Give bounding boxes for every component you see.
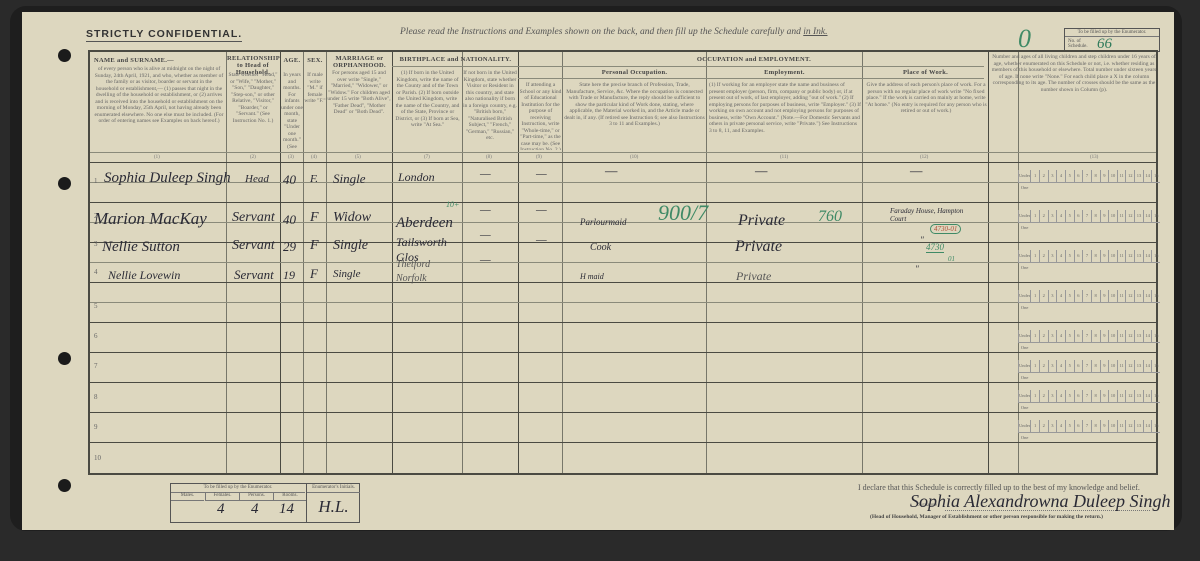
schedule-box-title: To be filled up by the Enumerator. — [1065, 29, 1159, 37]
col-number: (3) — [288, 155, 294, 160]
col-nationality-instructions: If not born in the United Kingdom, state… — [463, 70, 517, 150]
col-name-instructions: of every person who is alive at midnight… — [94, 66, 224, 150]
enumerator-initials-box: Enumerator's Initials. H.L. — [306, 484, 360, 522]
row-number: 6 — [94, 332, 98, 340]
sex: F — [310, 238, 319, 254]
age-grid-row: Under One123456789101112131415 — [1018, 170, 1160, 183]
relationship: Servant — [232, 238, 275, 254]
education: — — [536, 202, 547, 217]
col-education-instructions: If attending a School or any kind of Edu… — [519, 82, 562, 150]
instructions-line: Please read the Instructions and Example… — [400, 27, 828, 37]
age-code-annotation: 10+ — [446, 200, 459, 209]
marital-status: Widow — [333, 210, 371, 226]
females-count: 4 — [217, 501, 225, 518]
col-marriage-instructions: For persons aged 15 and over write "Sing… — [327, 70, 391, 150]
education: — — [536, 166, 547, 181]
nationality: — — [480, 227, 491, 242]
rooms-count: 14 — [279, 501, 294, 518]
occupation-code-annotation: 900/7 — [658, 200, 708, 226]
marital-status: Single — [333, 171, 366, 187]
col-place-of-work-title: Place of Work. — [863, 69, 988, 76]
age-grid-row: Under One123456789101112131415 — [1018, 250, 1160, 263]
punch-hole — [58, 49, 71, 62]
col-birthplace-instructions: (1) If born in the United Kingdom, write… — [394, 70, 461, 150]
birthplace: London — [398, 170, 435, 185]
employment: — — [755, 164, 767, 180]
col-name-title: NAME and SURNAME.— — [94, 57, 224, 64]
schedule-no-label: No. of Schedule. — [1068, 39, 1088, 49]
children-age-grid: Under One123456789101112131415 Under One… — [1018, 162, 1160, 452]
col-marriage-title: MARRIAGE or ORPHANHOOD. — [327, 55, 392, 69]
nationality: — — [480, 252, 491, 267]
row-number: 9 — [94, 423, 98, 431]
education: — — [536, 232, 547, 247]
col-number: (7) — [424, 155, 430, 160]
place-code-annotation: 4730 — [926, 242, 944, 253]
col-age-title: AGE. — [281, 57, 303, 64]
birthplace: Aberdeen — [396, 215, 453, 232]
person-name: Sophia Duleep Singh — [104, 170, 231, 187]
sex: F — [310, 210, 319, 226]
occupation-group-title: OCCUPATION and EMPLOYMENT. — [519, 56, 989, 63]
col-number: (13) — [1090, 155, 1098, 160]
person-name: Nellie Lovewin — [108, 268, 180, 283]
age-grid-row: Under One123456789101112131415 — [1018, 390, 1160, 403]
col-sex-title: SEX. — [304, 57, 326, 64]
age: 29 — [283, 239, 296, 255]
person-name: Marion MacKay — [94, 209, 207, 229]
relationship: Servant — [234, 267, 274, 283]
col-number: (10) — [630, 155, 638, 160]
enumerator-col-rooms: Rooms. — [273, 492, 306, 501]
signature-footnote: (Head of Household, Manager of Establish… — [870, 514, 1103, 520]
age-grid-row: Under One123456789101112131415 — [1018, 420, 1160, 433]
row-number: 7 — [94, 362, 98, 370]
row-number: 5 — [94, 302, 98, 310]
age-grid-row: Under One123456789101112131415 — [1018, 290, 1160, 303]
col-number: (4) — [311, 155, 317, 160]
enumerator-col-females: Females. — [205, 492, 239, 501]
age-grid-row: Under One123456789101112131415 — [1018, 360, 1160, 373]
col-number: (1) — [154, 155, 160, 160]
occupation: — — [605, 164, 617, 180]
place-of-work: " — [920, 235, 924, 245]
enumerator-box: To be filled up by the Enumerator. Males… — [170, 483, 360, 523]
relationship: Head — [245, 173, 269, 185]
occupation: Parlourmaid — [580, 217, 627, 227]
schedule-number-box: To be filled up by the Enumerator. No. o… — [1064, 28, 1160, 52]
employment: Private — [736, 269, 771, 284]
place-of-work: " — [915, 264, 919, 274]
age-grid-row: Under One123456789101112131415 — [1018, 210, 1160, 223]
col-number: (5) — [355, 155, 361, 160]
col-place-of-work-instructions: Give the address of each person's place … — [865, 82, 987, 150]
census-table: NAME and SURNAME.— RELATIONSHIP to Head … — [88, 50, 1158, 475]
signature: Sophia Alexandrowna Duleep Singh — [910, 491, 1170, 512]
row-number: 8 — [94, 393, 98, 401]
col-number: (2) — [250, 155, 256, 160]
punch-hole — [58, 177, 71, 190]
marital-status: Single — [333, 268, 361, 280]
col-number: (12) — [920, 155, 928, 160]
employment-code-annotation: 760 — [818, 208, 842, 226]
punch-hole — [58, 479, 71, 492]
place-code-annotation: 4730-01 — [930, 224, 961, 234]
place-code-annotation-2: 01 — [948, 255, 955, 263]
col-occupation-instructions: State here the precise branch of Profess… — [564, 82, 705, 150]
employment: Private — [738, 212, 785, 230]
row-number: 1 — [94, 177, 98, 185]
place-of-work: — — [910, 164, 922, 180]
occupation: H maid — [580, 272, 604, 281]
col-sex-instructions: If male write "M." if female write "F." — [304, 72, 326, 150]
employment: Private — [735, 238, 782, 256]
sex: F. — [310, 173, 318, 185]
birthplace: Thetford Norfolk — [396, 258, 460, 286]
enumerator-initials: H.L. — [307, 497, 360, 517]
age: 40 — [283, 172, 296, 188]
age: 19 — [283, 268, 295, 283]
occupation: Cook — [590, 242, 611, 253]
col-relationship-instructions: State whether "Head," or "Wife," "Mother… — [228, 72, 278, 150]
enumerator-col-persons: Persons. — [239, 492, 273, 501]
sex: F — [310, 266, 318, 282]
enumerator-col-males: Males. — [171, 492, 204, 501]
col-occupation-title: Personal Occupation. — [563, 69, 706, 76]
row-number: 4 — [94, 268, 98, 276]
age-grid-row: Under One123456789101112131415 — [1018, 330, 1160, 343]
col-employment-title: Employment. — [707, 69, 862, 76]
persons-count: 4 — [251, 501, 259, 518]
age: 40 — [283, 212, 296, 228]
relationship: Servant — [232, 210, 275, 226]
col-number: (9) — [536, 155, 542, 160]
marital-status: Single — [333, 238, 368, 254]
initials-label: Enumerator's Initials. — [307, 484, 360, 493]
place-of-work: Faraday House, Hampton Court — [890, 207, 970, 223]
person-name: Nellie Sutton — [102, 239, 180, 256]
col-birthplace-title: BIRTHPLACE and NATIONALITY. — [393, 56, 518, 63]
col-children-instructions: Number and ages of all living children a… — [990, 54, 1158, 150]
nationality: — — [480, 166, 491, 181]
col-number: (8) — [486, 155, 492, 160]
confidential-label: STRICTLY CONFIDENTIAL. — [86, 28, 242, 42]
row-number: 3 — [94, 240, 98, 248]
col-number: (11) — [780, 155, 788, 160]
punch-hole — [58, 352, 71, 365]
nationality: — — [480, 202, 491, 217]
col-age-instructions: In years and months. For infants under o… — [281, 72, 303, 150]
col-employment-instructions: (1) If working for an employer state the… — [709, 82, 861, 150]
row-number: 10 — [94, 454, 101, 462]
